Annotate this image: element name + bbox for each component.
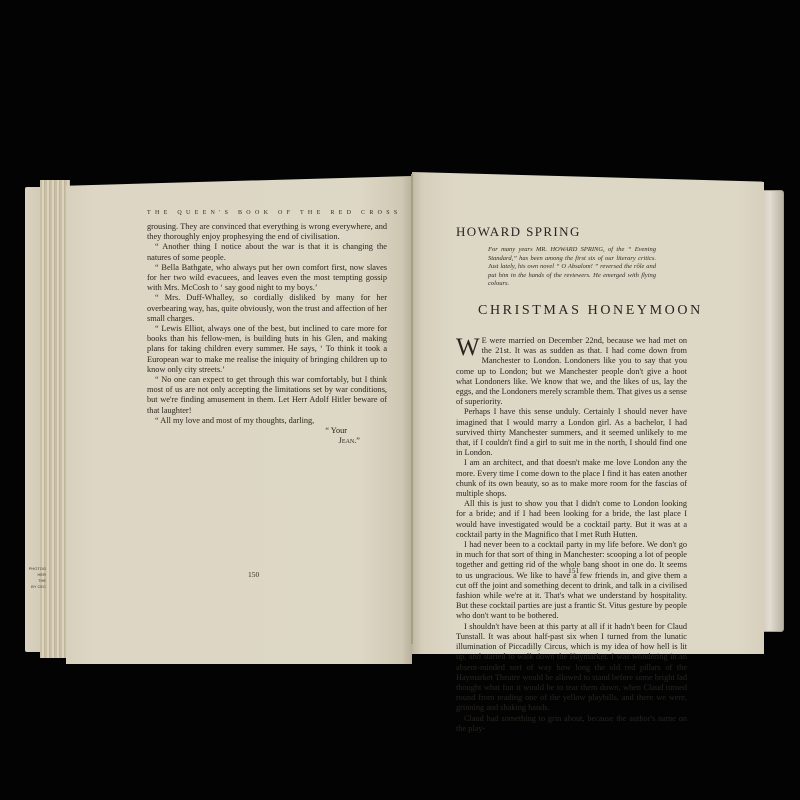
- photo-background: PHOTOG HER THE BY CEC THE QUEEN'S BOOK O…: [0, 0, 800, 800]
- paragraph: All this is just to show you that I didn…: [456, 499, 687, 540]
- paragraph: “ Lewis Elliot, always one of the best, …: [147, 324, 387, 375]
- paragraph: I had never been to a cocktail party in …: [456, 540, 687, 622]
- paragraph: I am an architect, and that doesn't make…: [456, 458, 687, 499]
- left-page-body: grousing. They are convinced that everyt…: [147, 222, 387, 446]
- paragraph: “ Mrs. Duff-Whalley, so cordially dislik…: [147, 293, 387, 324]
- paragraph: grousing. They are convinced that everyt…: [147, 222, 387, 242]
- book-gutter: [411, 174, 413, 644]
- paragraph: “ Bella Bathgate, who always put her own…: [147, 263, 387, 294]
- paragraph: I shouldn't have been at this party at a…: [456, 622, 687, 714]
- paragraph: Claud had something to grin about, becau…: [456, 714, 687, 734]
- spine-label-left: PHOTOG HER THE BY CEC: [24, 566, 46, 590]
- letter-signature: Jean.”: [147, 436, 387, 446]
- paragraph: “ No one can expect to get through this …: [147, 375, 387, 416]
- paragraph: “ Another thing I notice about the war i…: [147, 242, 387, 262]
- story-title: CHRISTMAS HONEYMOON: [478, 303, 703, 319]
- letter-signoff: “ Your: [147, 426, 387, 436]
- paragraph-text: E were married on December 22nd, because…: [456, 336, 687, 406]
- spine-label-line: BY CEC: [24, 584, 46, 590]
- page-number-right: 151: [568, 566, 579, 575]
- page-number-left: 150: [248, 570, 259, 579]
- running-head: THE QUEEN'S BOOK OF THE RED CROSS: [147, 210, 387, 216]
- paragraph: Perhaps I have this sense unduly. Certai…: [456, 407, 687, 458]
- right-page-body: WE were married on December 22nd, becaus…: [456, 336, 687, 734]
- author-heading: HOWARD SPRING: [456, 224, 581, 240]
- drop-cap: W: [456, 337, 480, 358]
- paragraph: “ All my love and most of my thoughts, d…: [147, 416, 387, 426]
- author-introduction: For many years MR. HOWARD SPRING, of the…: [488, 246, 656, 289]
- paragraph: WE were married on December 22nd, becaus…: [456, 336, 687, 407]
